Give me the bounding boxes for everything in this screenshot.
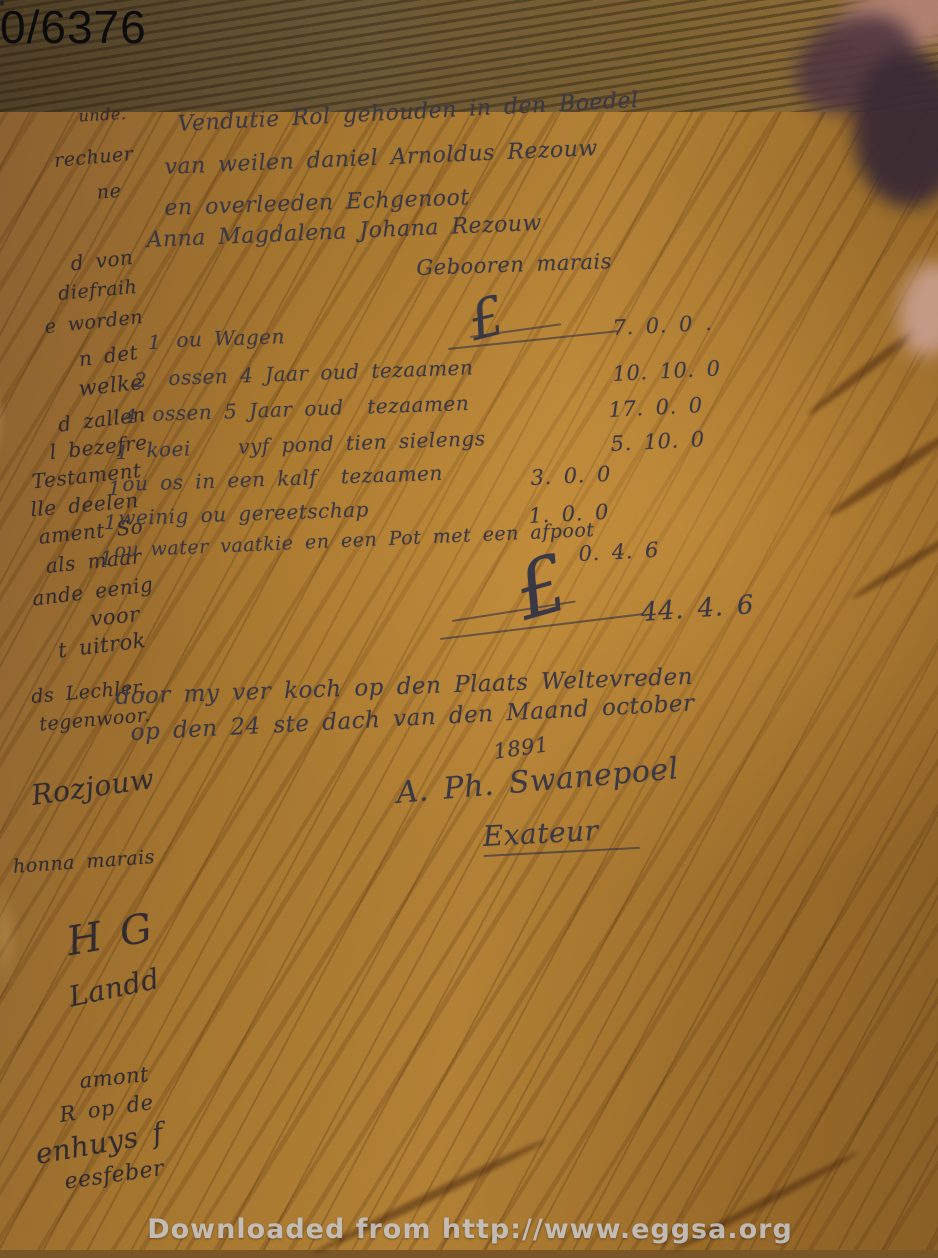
item-description: ossen 4 Jaar oud tezaamen: [168, 355, 474, 390]
item-qty: 2: [134, 368, 147, 392]
item-qty: 1: [148, 330, 161, 354]
item-amount: 17. 0. 0: [608, 393, 703, 422]
item-description: ou Wagen: [176, 324, 285, 352]
total-amount: 44. 4. 6: [640, 590, 755, 628]
signature-title: Exateur: [482, 812, 639, 857]
item-qty: 4: [124, 404, 137, 428]
signature-name: A. Ph. Swanepoel: [395, 751, 680, 811]
title-line: Vendutie Rol gehouden in den Boedel: [177, 88, 639, 137]
item-amount: 0. 4. 6: [578, 538, 659, 566]
item-qty: 1: [104, 510, 117, 534]
handwriting-layer: Vendutie Rol gehouden in den Boedel van …: [0, 0, 938, 1250]
item-description: ou os in een kalf tezaamen: [122, 461, 443, 496]
watermark-text: Downloaded from http://www.eggsa.org: [60, 1214, 880, 1245]
item-description: koei vyf pond tien sielengs: [146, 426, 486, 462]
archive-reference-label: 0/6376: [0, 0, 147, 54]
item-qty: 1: [108, 476, 121, 500]
item-amount: 3. 0. 0: [530, 462, 611, 490]
item-qty: 1: [100, 546, 113, 570]
closing-year: 1891: [492, 732, 550, 763]
item-description: weinig ou gereetschap: [118, 497, 369, 530]
item-description: ossen 5 Jaar oud tezaamen: [152, 391, 470, 426]
title-line: van weilen daniel Arnoldus Rezouw: [164, 136, 598, 180]
item-qty: 1: [116, 440, 129, 464]
item-amount: 5. 10. 0: [610, 427, 705, 456]
item-amount: 7. 0. 0 .: [612, 311, 713, 340]
title-line-born-name: Gebooren marais: [416, 249, 612, 280]
item-amount: 10. 10. 0: [612, 356, 721, 386]
